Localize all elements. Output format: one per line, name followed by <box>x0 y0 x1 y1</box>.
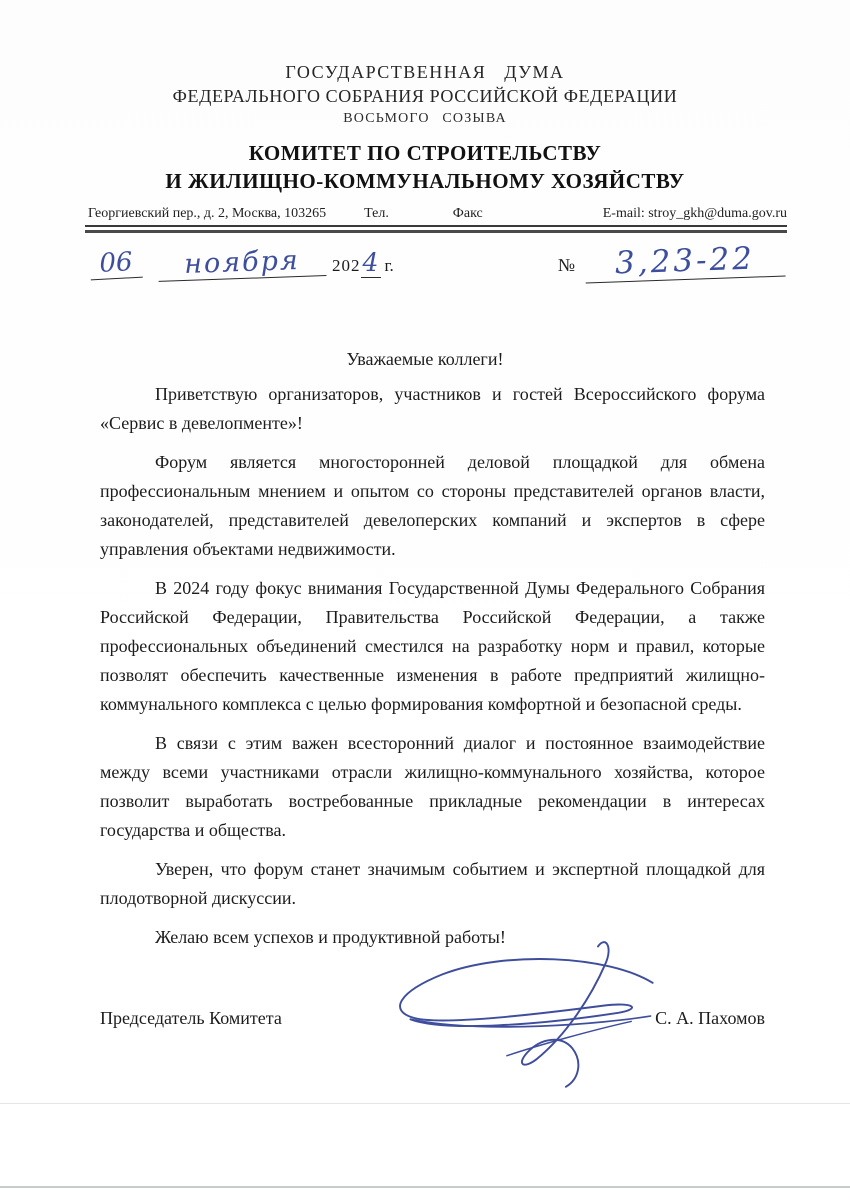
handwritten-signature <box>378 940 668 1090</box>
handwritten-month: ноября <box>157 244 326 282</box>
fax-label: Факс <box>453 206 483 222</box>
org-name-line1: ГОСУДАРСТВЕННАЯ ДУМА <box>0 62 850 83</box>
printed-year-prefix: 202 <box>326 256 361 276</box>
paragraph: В 2024 году фокус внимания Государственн… <box>100 574 765 719</box>
salutation: Уважаемые коллеги! <box>0 349 850 370</box>
signature-block: Председатель Комитета С. А. Пахомов <box>100 1008 765 1029</box>
letter-body: Приветствую организаторов, участников и … <box>100 380 765 952</box>
letterhead: ГОСУДАРСТВЕННАЯ ДУМА ФЕДЕРАЛЬНОГО СОБРАН… <box>0 0 850 194</box>
date-number-row: 06 ноября 202 4 г. № 3,23-22 <box>90 243 785 277</box>
year-suffix: г. <box>381 256 394 276</box>
scan-artifact-line <box>0 1186 850 1188</box>
postal-address: Георгиевский пер., д. 2, Москва, 103265 <box>88 206 326 222</box>
paragraph: Форум является многосторонней деловой пл… <box>100 448 765 564</box>
number-sign: № <box>558 255 585 276</box>
handwritten-day: 06 <box>89 247 143 281</box>
scanned-letter-page: ГОСУДАРСТВЕННАЯ ДУМА ФЕДЕРАЛЬНОГО СОБРАН… <box>0 0 850 1200</box>
handwritten-year-digit: 4 <box>361 248 381 278</box>
handwritten-number: 3,23-22 <box>584 240 785 284</box>
paragraph: Уверен, что форум станет значимым событи… <box>100 855 765 913</box>
paragraph: Приветствую организаторов, участников и … <box>100 380 765 438</box>
signer-position: Председатель Комитета <box>100 1008 282 1029</box>
contact-row: Георгиевский пер., д. 2, Москва, 103265 … <box>88 206 787 222</box>
outgoing-number-group: № 3,23-22 <box>558 243 785 277</box>
email-label: E-mail: stroy_gkh@duma.gov.ru <box>603 206 787 222</box>
org-name-line2: ФЕДЕРАЛЬНОГО СОБРАНИЯ РОССИЙСКОЙ ФЕДЕРАЦ… <box>0 86 850 107</box>
letterhead-divider <box>85 225 787 233</box>
convocation-line: ВОСЬМОГО СОЗЫВА <box>0 111 850 127</box>
committee-name-line1: КОМИТЕТ ПО СТРОИТЕЛЬСТВУ <box>0 141 850 166</box>
signer-name: С. А. Пахомов <box>655 1008 765 1029</box>
committee-name-line2: И ЖИЛИЩНО-КОММУНАЛЬНОМУ ХОЗЯЙСТВУ <box>0 169 850 194</box>
scan-artifact-line <box>0 1103 850 1104</box>
paragraph: В связи с этим важен всесторонний диалог… <box>100 729 765 845</box>
phone-label: Тел. <box>364 206 389 222</box>
